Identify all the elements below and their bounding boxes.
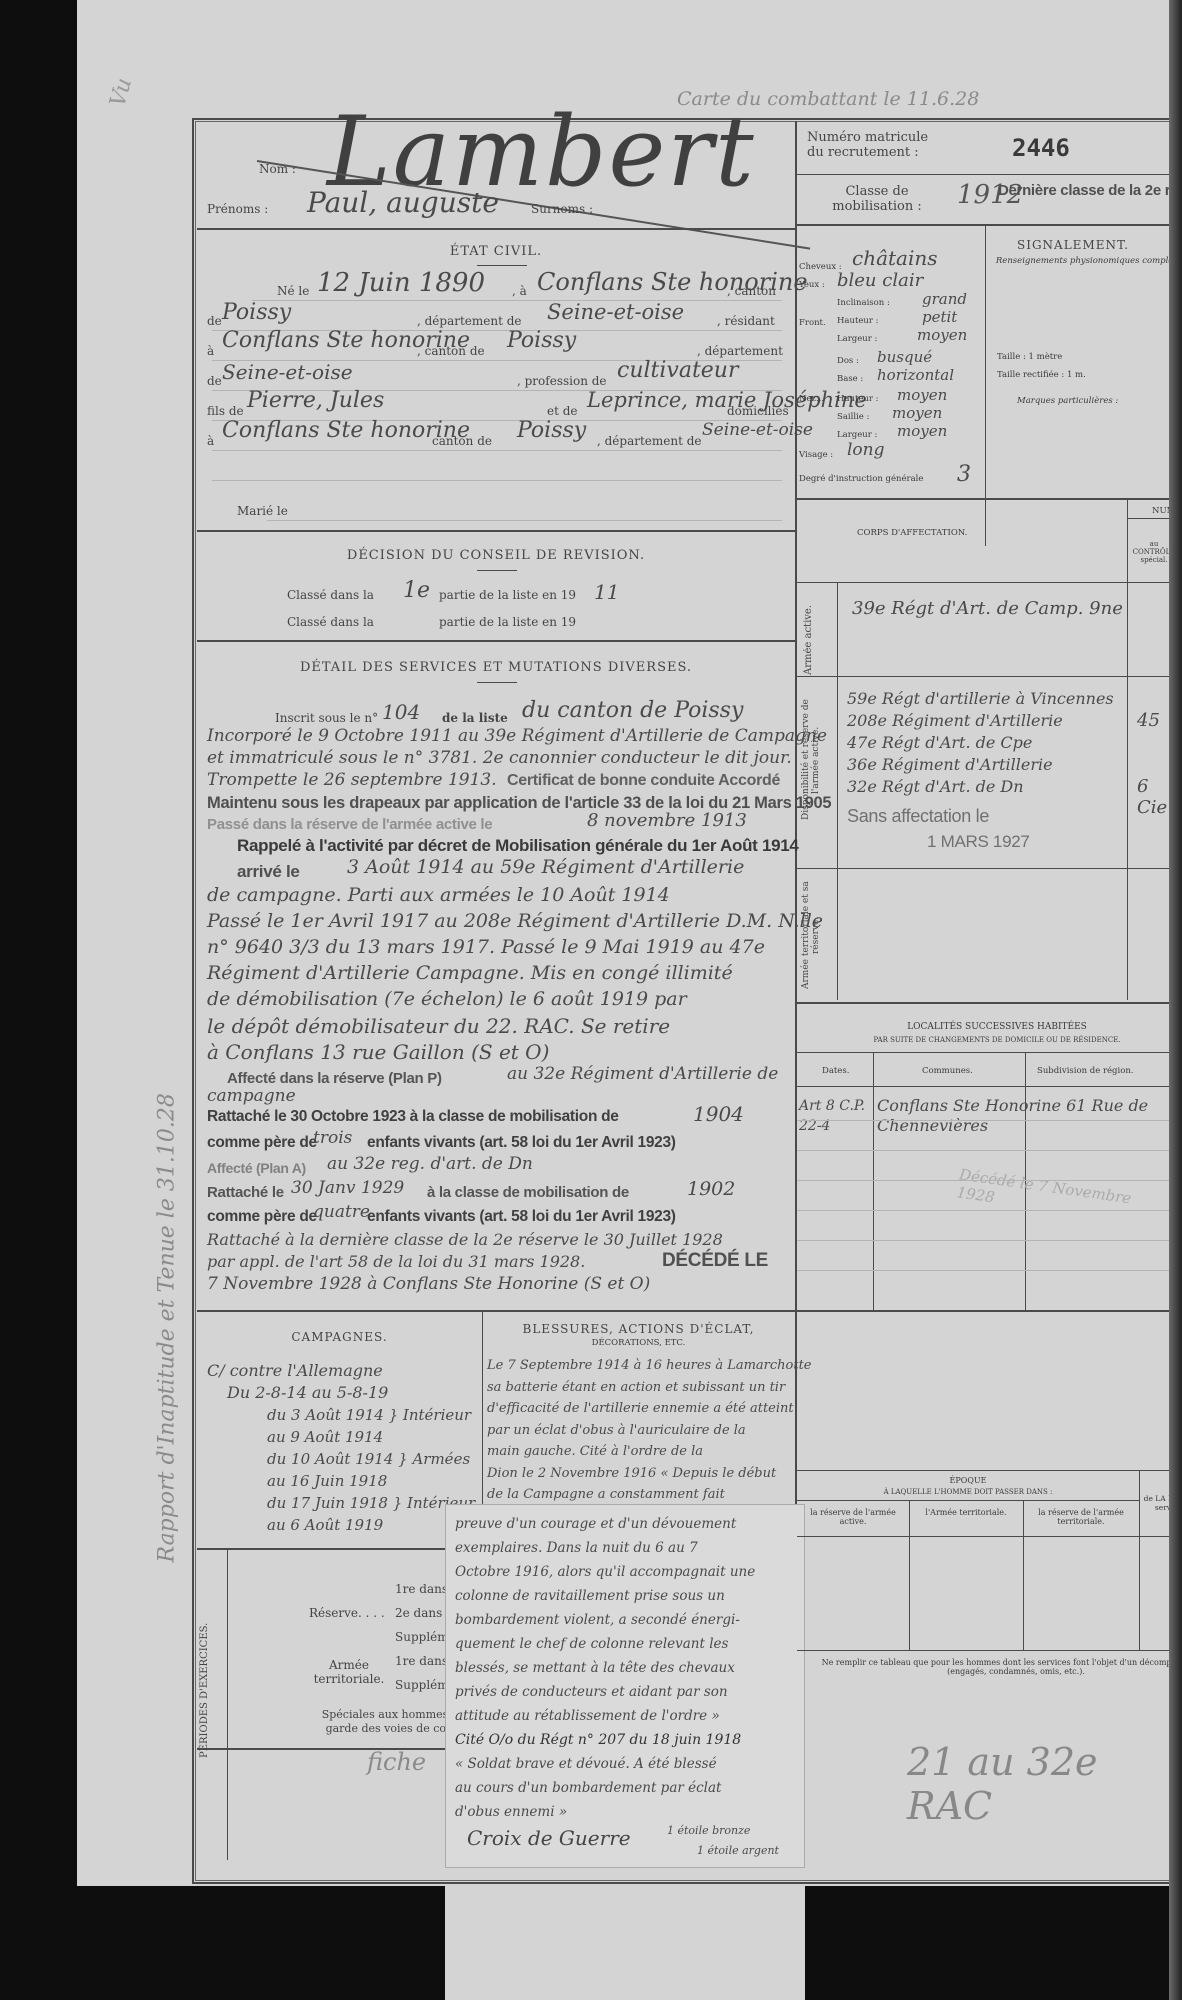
blessure-line: « Soldat brave et dévoué. A été blessé — [455, 1752, 800, 1776]
blessure-line: quement le chef de colonne relevant les — [455, 1632, 800, 1656]
renseignements-label: Renseignements physionomiques complément… — [989, 256, 1182, 266]
marie-label: Marié le — [237, 504, 288, 518]
blessure-line: preuve d'un courage et d'un dévouement — [455, 1512, 800, 1536]
localite-date: Art 8 C.P. 22-4 — [799, 1096, 871, 1136]
de-label: de — [207, 314, 222, 328]
departement2-label: , département — [697, 344, 783, 358]
a2-label: à — [207, 344, 214, 358]
service-stamp: Certificat de bonne conduite Accordé — [507, 772, 780, 790]
conseil-revision-title: DÉCISION DU CONSEIL DE REVISION. — [197, 548, 795, 563]
prenoms-value: Paul, auguste — [307, 186, 499, 219]
localite-commune: Conflans Ste Honorine 61 Rue de Chennevi… — [877, 1096, 1182, 1136]
dos-value: busqué — [877, 348, 932, 366]
corps-bottom-divider — [797, 1002, 1182, 1004]
residant-label: , résidant — [717, 314, 775, 328]
service-line: à Conflans 13 rue Gaillon (S et O) — [207, 1040, 549, 1064]
etat-civil-underline — [477, 265, 527, 266]
visage-value: long — [847, 440, 885, 460]
campagne-line: au 6 Août 1919 — [207, 1514, 477, 1536]
blessures-subtitle: DÉCORATIONS, ETC. — [482, 1338, 795, 1348]
ne-le-value: 12 Juin 1890 — [317, 268, 485, 298]
matricule-label: Numéro matricule du recrutement : — [807, 130, 947, 160]
ne-le-label: Né le — [277, 284, 309, 298]
corps-label-divider — [837, 582, 838, 1000]
register-page: Vu Rapport d'Inaptitude et Tenue le 31.1… — [77, 0, 1169, 2000]
sans-affectation-date: 1 MARS 1927 — [927, 832, 1030, 852]
deces-stamp: DÉCÉDÉ LE — [662, 1250, 768, 1272]
blessure-line: Cité O/o du Régt n° 207 du 18 juin 1918 — [455, 1728, 800, 1752]
et-de-label: et de — [547, 404, 578, 418]
yeux-label: Yeux : — [799, 280, 825, 290]
taille-label: Taille : 1 mètre — [997, 352, 1062, 362]
profession-value: cultivateur — [617, 358, 739, 383]
margin-note-vu: Vu — [106, 75, 138, 109]
canton2-value: Poissy — [507, 328, 576, 353]
departement3-value: Seine-et-oise — [702, 420, 813, 440]
service-line: au 32e Régiment d'Artillerie de — [507, 1064, 778, 1084]
margin-note-fiche: fiche — [367, 1748, 426, 1776]
campagne-line: du 3 Août 1914 } Intérieur — [207, 1404, 477, 1426]
front-largeur-value: moyen — [917, 326, 967, 344]
conseil-divider — [197, 640, 795, 642]
classe-line2-label: Classé dans la — [287, 615, 374, 629]
nez-hauteur-label: Hauteur : — [837, 394, 879, 404]
blessure-line: au cours d'un bombardement par éclat — [455, 1776, 800, 1800]
front-largeur-label: Largeur : — [837, 334, 877, 344]
instruction-label: Degré d'instruction générale — [799, 474, 923, 484]
blessure-line: d'obus ennemi » — [455, 1800, 800, 1824]
dispo-line: 36e Régiment d'Artillerie — [847, 754, 1127, 776]
blessures-lines-top: Le 7 Septembre 1914 à 16 heures à Lamarc… — [487, 1355, 792, 1506]
cheveux-label: Cheveux : — [799, 262, 842, 272]
nez-largeur-label: Largeur : — [837, 430, 877, 440]
service-line: 8 novembre 1913 — [587, 810, 747, 831]
canton-label: , canton — [727, 284, 776, 298]
service-stamp: Rappelé à l'activité par décret de Mobil… — [237, 836, 799, 856]
matricule-value: 2446 — [1012, 134, 1070, 162]
inscrit-label: Inscrit sous le n° — [275, 711, 378, 725]
departement2-value: Seine-et-oise — [222, 360, 353, 384]
service-line: 1902 — [687, 1178, 735, 1200]
col-subdivision: Subdivision de région. — [1037, 1066, 1134, 1076]
service-stamp: enfants vivants (art. 58 loi du 1er Avri… — [367, 1208, 676, 1226]
nez-hauteur-value: moyen — [897, 386, 947, 404]
departement-value: Seine-et-oise — [547, 300, 684, 324]
margin-note-vertical: Rapport d'Inaptitude et Tenue le 31.10.2… — [155, 663, 180, 1563]
profession-label: , profession de — [517, 374, 607, 388]
service-line: Trompette le 26 septembre 1913. — [207, 770, 497, 790]
blessure-line: blessés, se mettant à la tête des chevau… — [455, 1656, 800, 1680]
blessure-line: Dion le 2 Novembre 1916 « Depuis le débu… — [487, 1463, 792, 1485]
service-line: le dépôt démobilisateur du 22. RAC. Se r… — [207, 1014, 670, 1038]
service-line: Régiment d'Artillerie Campagne. Mis en c… — [207, 962, 733, 984]
saillie-value: moyen — [892, 404, 942, 422]
header-divider — [197, 228, 795, 230]
conseil-underline — [477, 570, 517, 571]
epoque-col1: la réserve de l'armée active. — [801, 1508, 905, 1526]
saillie-label: Saillie : — [837, 412, 869, 422]
croix-note-bronze: 1 étoile bronze — [667, 1824, 750, 1837]
service-stamp: comme père de — [207, 1208, 317, 1226]
domicilies-label: domiciliés — [727, 404, 789, 418]
service-line: de campagne. Parti aux armées le 10 Août… — [207, 884, 670, 906]
epoque-col2: l'Armée territoriale. — [913, 1508, 1019, 1517]
service-line: campagne — [207, 1086, 296, 1106]
reserve-label: Réserve. . . . — [309, 1606, 385, 1620]
background-dark — [805, 1886, 1182, 2000]
cheveux-value: châtains — [852, 246, 938, 270]
a-label: , à — [512, 284, 527, 298]
signalement-bottom-divider — [797, 498, 1182, 500]
service-line: n° 9640 3/3 du 13 mars 1917. Passé le 9 … — [207, 936, 765, 958]
localites-title: LOCALITÉS SUCCESSIVES HABITÉES — [797, 1022, 1182, 1032]
dispo-lines: 59e Régt d'artillerie à Vincennes 208e R… — [847, 688, 1127, 798]
inscrit-num: 104 — [382, 700, 420, 724]
nez-label: Nez... — [799, 394, 824, 404]
blessure-line: d'efficacité de l'artillerie ennemie a é… — [487, 1398, 792, 1420]
service-line: par appl. de l'art 58 de la loi du 31 ma… — [207, 1252, 585, 1271]
numeros-divider-1 — [1127, 500, 1128, 1000]
blessures-title: BLESSURES, ACTIONS D'ÉCLAT, — [482, 1322, 795, 1336]
liste-label: de la liste — [442, 711, 508, 725]
inclinaison-value: grand — [922, 290, 967, 308]
instruction-value: 3 — [957, 462, 971, 487]
blessure-line: de la Campagne a constamment fait — [487, 1484, 792, 1506]
epoque-subtitle: À LAQUELLE L'HOMME DOIT PASSER DANS : — [797, 1488, 1139, 1496]
service-line: Passé le 1er Avril 1917 au 208e Régiment… — [207, 910, 823, 932]
blessure-line: privés de conducteurs et aidant par son — [455, 1680, 800, 1704]
service-stamp: à la classe de mobilisation de — [427, 1184, 629, 1201]
territoriale-label: Armée territoriale et sa réserve. — [801, 880, 821, 990]
epoque-footnote: Ne remplir ce tableau que pour les homme… — [803, 1658, 1182, 1676]
campagne-line: du 17 Juin 1918 } Intérieur — [207, 1492, 477, 1514]
dispo-label: Disponibilité et réserve de l'armée acti… — [801, 690, 821, 830]
classe-line1-label: Classé dans la — [287, 588, 374, 602]
blessure-line: Octobre 1916, alors qu'il accompagnait u… — [455, 1560, 800, 1584]
classe-line2-mid: partie de la liste en 19 — [439, 615, 576, 629]
service-line: trois — [313, 1128, 352, 1148]
service-line: et immatriculé sous le n° 3781. 2e canon… — [207, 748, 792, 768]
dispo-line: 208e Régiment d'Artillerie — [847, 710, 1127, 732]
classe-label: Classe de mobilisation : — [807, 184, 947, 214]
service-line: quatre — [313, 1202, 370, 1222]
book-binding — [1169, 0, 1182, 2000]
fils-label: fils de — [207, 404, 244, 418]
campagne-line: Du 2-8-14 au 5-8-19 — [207, 1382, 477, 1404]
corps-title: CORPS D'AFFECTATION. — [857, 528, 967, 538]
campagne-line: au 9 Août 1914 — [207, 1426, 477, 1448]
services-divider — [197, 1310, 1182, 1312]
prenoms-label: Prénoms : — [207, 202, 268, 216]
base-label: Base : — [837, 374, 863, 384]
classe-divider — [797, 224, 1182, 226]
nom-label: Nom : — [259, 162, 296, 176]
pere-value: Pierre, Jules — [247, 388, 384, 413]
visage-label: Visage : — [799, 450, 833, 460]
blessures-lines-slip: preuve d'un courage et d'un dévouement e… — [455, 1512, 800, 1824]
service-stamp: arrivé le — [237, 862, 300, 882]
dos-label: Dos : — [837, 356, 859, 366]
inclinaison-label: Inclinaison : — [837, 298, 890, 308]
service-stamp: Affecté dans la réserve (Plan P) — [227, 1070, 442, 1087]
nez-largeur-value: moyen — [897, 422, 947, 440]
service-line: Rattaché à la dernière classe de la 2e r… — [207, 1230, 723, 1249]
blessure-line: Le 7 Septembre 1914 à 16 heures à Lamarc… — [487, 1355, 792, 1377]
periodes-label: PÉRIODES D'EXERCICES. — [199, 1590, 210, 1790]
dispo-controle: 45 — [1137, 710, 1160, 731]
services-title: DÉTAIL DES SERVICES ET MUTATIONS DIVERSE… — [197, 660, 795, 675]
de2-label: de — [207, 374, 222, 388]
service-stamp: comme père de — [207, 1134, 317, 1152]
taille-rectifiee-label: Taille rectifiée : 1 m. — [997, 370, 1086, 380]
campagne-line: au 16 Juin 1918 — [207, 1470, 477, 1492]
canton-value: Poissy — [222, 300, 291, 325]
signalement-title: SIGNALEMENT. — [1017, 238, 1129, 252]
classe-line1-mid: partie de la liste en 19 — [439, 588, 576, 602]
services-underline — [477, 682, 517, 683]
blessure-line: bombardement violent, a secondé énergi- — [455, 1608, 800, 1632]
armee-active-divider — [797, 676, 1182, 677]
front-hauteur-value: petit — [922, 308, 957, 326]
service-line: 1904 — [693, 1102, 744, 1126]
service-line: au 32e reg. d'art. de Dn — [327, 1154, 533, 1174]
service-line: 7 Novembre 1928 à Conflans Ste Honorine … — [207, 1274, 650, 1294]
background-dark — [0, 1886, 445, 2000]
epoque-title: ÉPOQUE — [797, 1476, 1139, 1485]
blessure-line: par un éclat d'obus à l'auriculaire de l… — [487, 1420, 792, 1442]
liste-value: du canton de Poissy — [522, 698, 743, 723]
etat-civil-divider — [197, 530, 795, 532]
yeux-value: bleu clair — [837, 270, 923, 291]
a3-label: à — [207, 434, 214, 448]
service-line: de démobilisation (7e échelon) le 6 août… — [207, 988, 687, 1010]
front-label: Front. — [799, 318, 826, 328]
epoque-col3: la réserve de l'armée territoriale. — [1027, 1508, 1135, 1526]
canton3-label: canton de — [432, 434, 492, 448]
classe-line1-year: 11 — [594, 580, 619, 604]
corps-header-divider — [797, 582, 1182, 583]
blessure-line: exemplaires. Dans la nuit du 6 au 7 — [455, 1536, 800, 1560]
dispo-note: 6 Cie — [1137, 776, 1169, 818]
service-stamp: enfants vivants (art. 58 loi du 1er Avri… — [367, 1134, 676, 1152]
col-communes: Communes. — [922, 1066, 973, 1076]
campagnes-title: CAMPAGNES. — [197, 1330, 482, 1344]
front-hauteur-label: Hauteur : — [837, 316, 879, 326]
canton2-label: , canton de — [417, 344, 485, 358]
classe-line1-partie: 1e — [403, 578, 430, 603]
base-value: horizontal — [877, 366, 954, 384]
blessure-line: main gauche. Cité à l'ordre de la — [487, 1441, 792, 1463]
dispo-line: 32e Régt d'Art. de Dn — [847, 776, 1127, 798]
campagne-line: du 10 Août 1914 } Armées — [207, 1448, 477, 1470]
service-stamp: Passé dans la réserve de l'armée active … — [207, 816, 492, 833]
service-stamp: Rattaché le 30 Octobre 1923 à la classe … — [207, 1108, 619, 1126]
marques-label: Marques particulières : — [1017, 396, 1118, 406]
margin-note-rac: 21 au 32e RAC — [907, 1740, 1169, 1828]
dispo-divider — [797, 868, 1182, 869]
service-line: 30 Janv 1929 — [291, 1178, 404, 1198]
etat-civil-title: ÉTAT CIVIL. — [197, 244, 795, 259]
campagnes-lines: C/ contre l'Allemagne Du 2-8-14 au 5-8-1… — [207, 1360, 477, 1536]
dispo-line: 59e Régt d'artillerie à Vincennes — [847, 688, 1127, 710]
reserve-row: 2e dans l — [395, 1606, 450, 1620]
armee-active-label: Armée active. — [803, 600, 814, 680]
surnoms-label: Surnoms : — [531, 202, 593, 216]
classe-stamp: Dernière classe de la 2e réserve — [997, 182, 1182, 199]
col-dates: Dates. — [822, 1066, 849, 1076]
armee-active-value: 39e Régt d'Art. de Camp. 9ne — [852, 598, 1123, 619]
matricule-divider — [797, 174, 1182, 175]
campagnes-bottom-divider — [197, 1548, 482, 1550]
service-line: Incorporé le 9 Octobre 1911 au 39e Régim… — [207, 726, 827, 746]
departement-label: , département de — [417, 314, 522, 328]
blessure-line: attitude au rétablissement de l'ordre » — [455, 1704, 800, 1728]
service-stamp: Affecté (Plan A) — [207, 1160, 306, 1176]
croix-note-argent: 1 étoile argent — [697, 1844, 779, 1857]
territoriale-periode-label: Armée territoriale. — [309, 1658, 389, 1686]
campagne-line: C/ contre l'Allemagne — [207, 1360, 477, 1382]
localites-subtitle: PAR SUITE DE CHANGEMENTS DE DOMICILE OU … — [797, 1036, 1182, 1044]
dispo-line: 47e Régt d'Art. de Cpe — [847, 732, 1127, 754]
canton3-value: Poissy — [517, 418, 586, 443]
croix-de-guerre: Croix de Guerre — [467, 1826, 631, 1850]
blessure-line: colonne de ravitaillement prise sous un — [455, 1584, 800, 1608]
blessure-line: sa batterie étant en action et subissant… — [487, 1377, 792, 1399]
departement3-label: , département de — [597, 434, 702, 448]
service-line: 3 Août 1914 au 59e Régiment d'Artillerie — [347, 856, 744, 878]
service-stamp: Rattaché le — [207, 1184, 284, 1201]
sans-affectation-stamp: Sans affectation le — [847, 806, 989, 827]
